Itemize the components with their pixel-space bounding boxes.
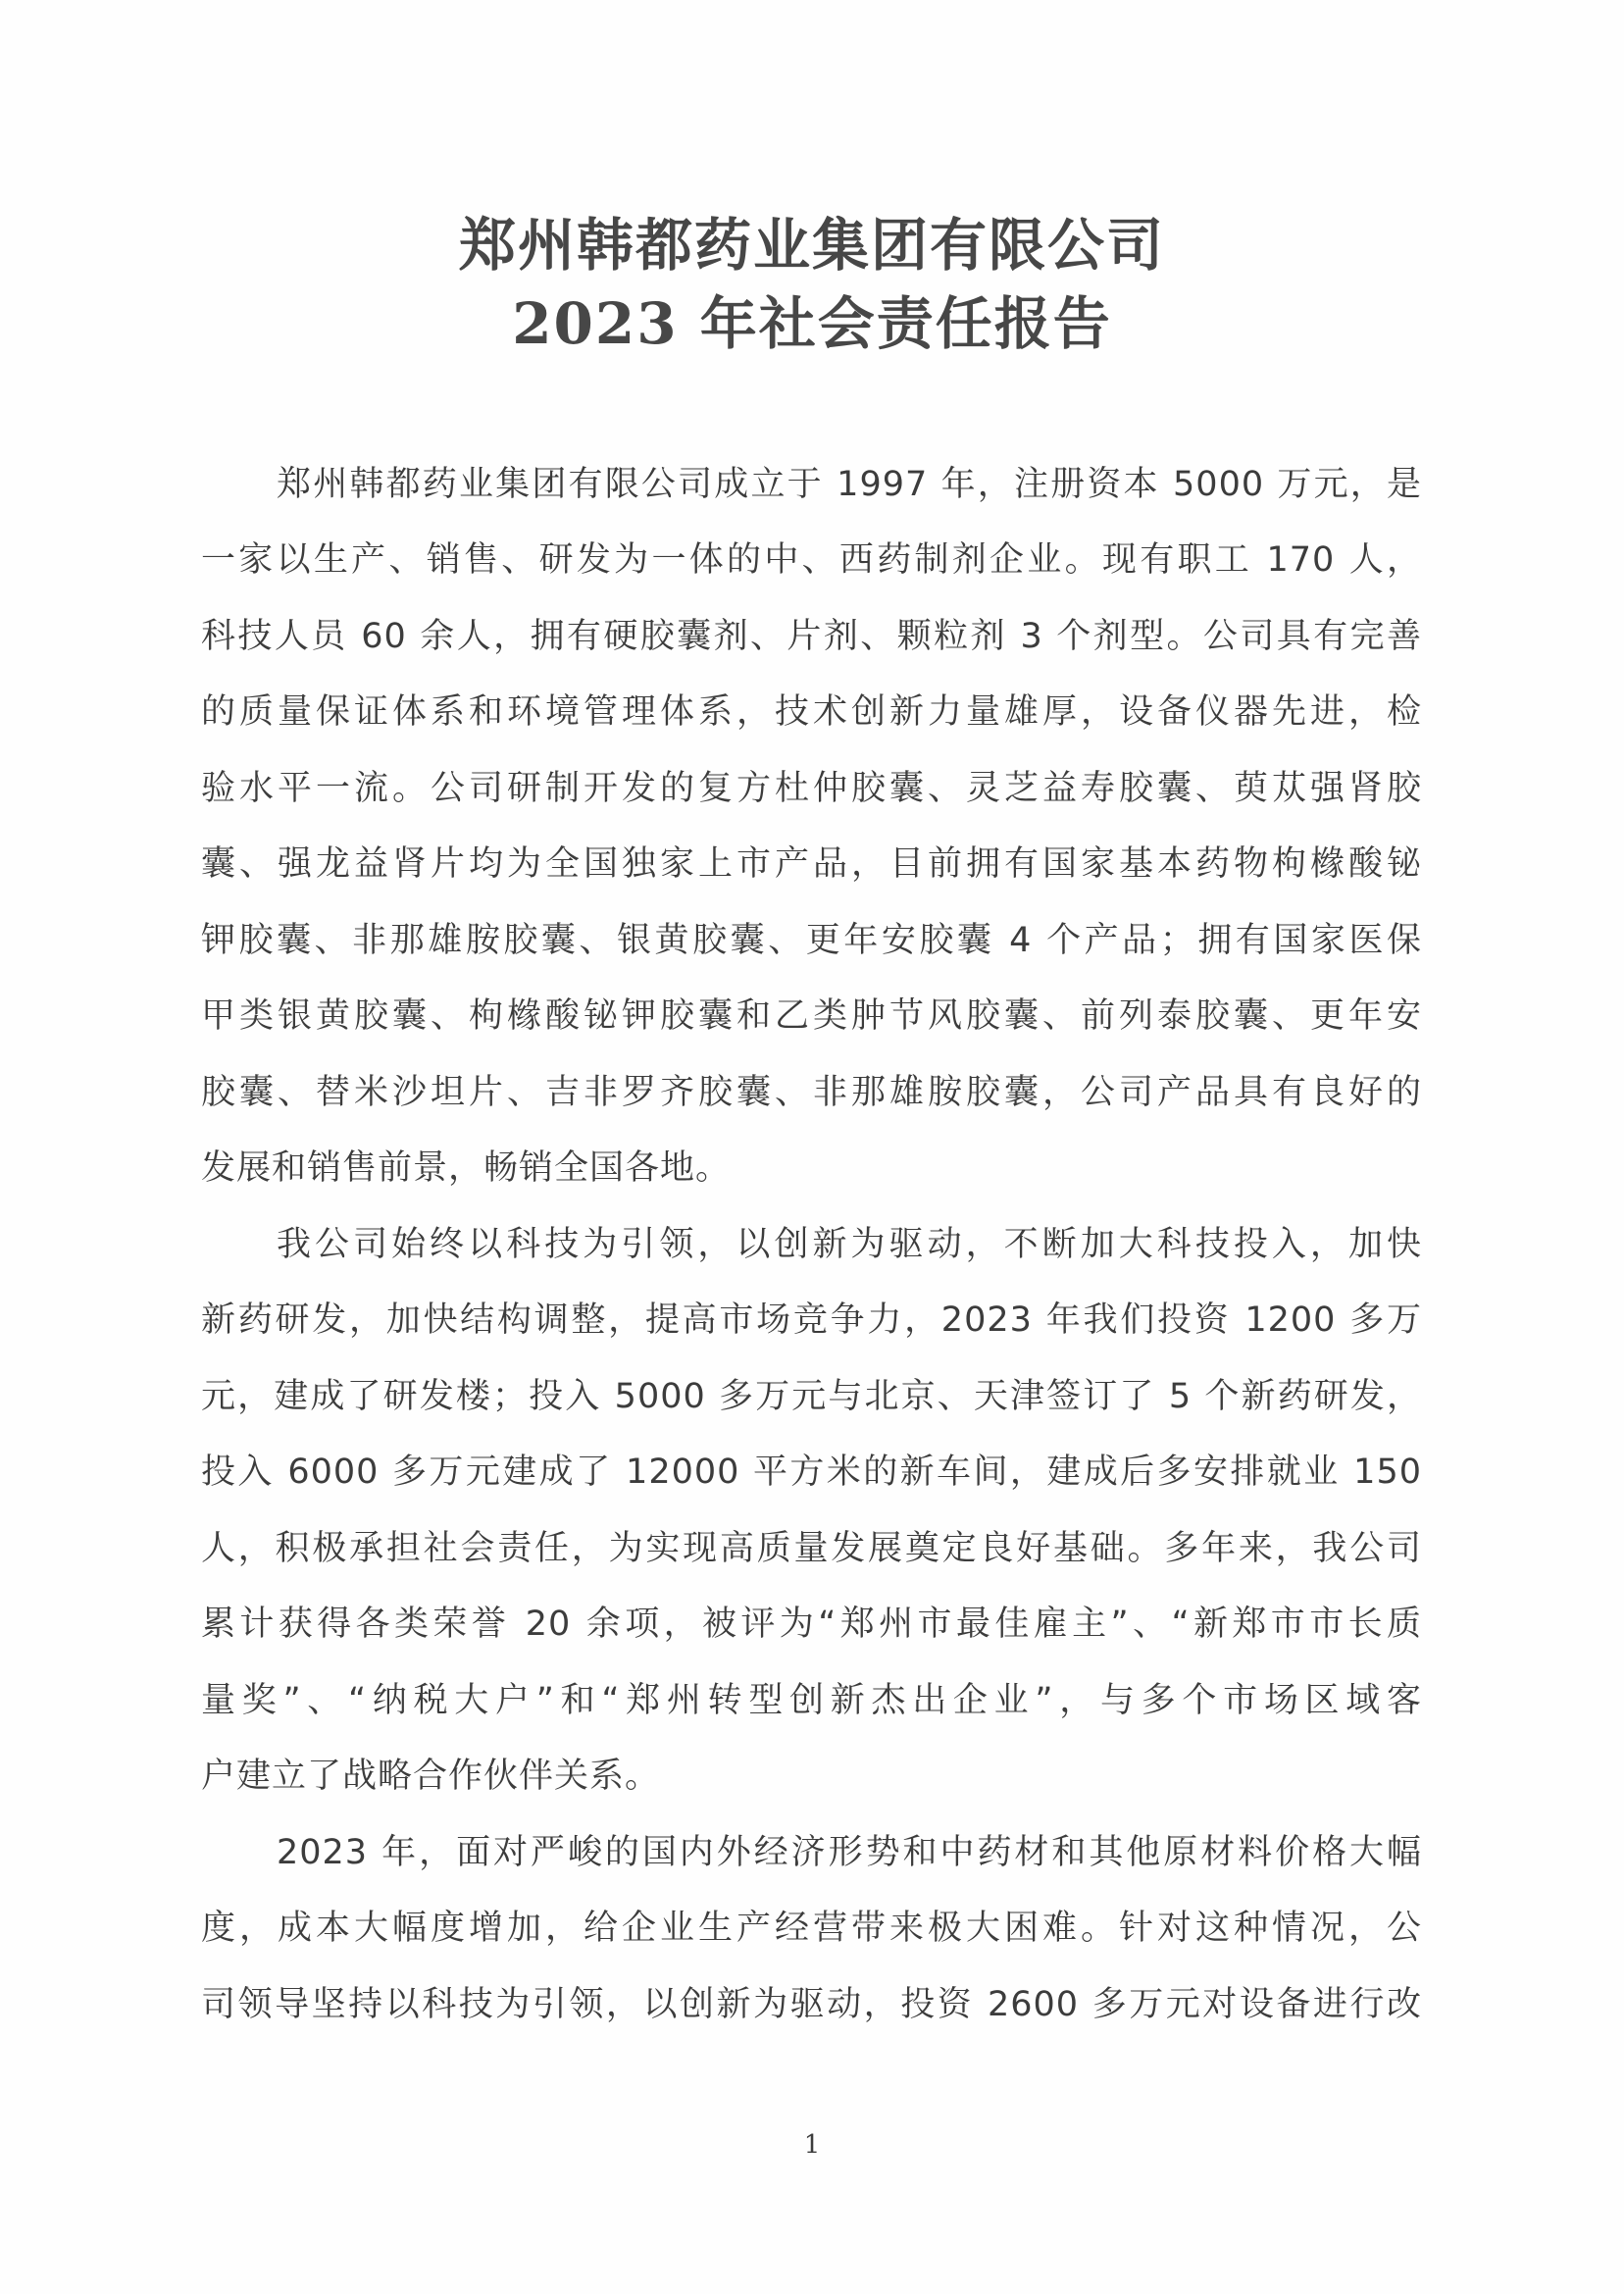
paragraph-1-line: 胶囊、替米沙坦片、吉非罗齐胶囊、非那雄胺胶囊，公司产品具有良好的	[201, 1073, 1422, 1112]
paragraph-2-line: 我公司始终以科技为引领，以创新为驱动，不断加大科技投入，加快	[277, 1225, 1422, 1264]
paragraph-2-line: 户建立了战略合作伙伴关系。	[201, 1757, 1422, 1796]
paragraph-1-line: 一家以生产、销售、研发为一体的中、西药制剂企业。现有职工 170 人，	[201, 540, 1422, 580]
paragraph-2-line: 人，积极承担社会责任，为实现高质量发展奠定良好基础。多年来，我公司	[201, 1529, 1422, 1568]
document-title-line-2: 2023 年社会责任报告	[0, 292, 1624, 355]
paragraph-1-line: 郑州韩都药业集团有限公司成立于 1997 年，注册资本 5000 万元，是	[277, 465, 1422, 504]
paragraph-3-line: 度，成本大幅度增加，给企业生产经营带来极大困难。针对这种情况，公	[201, 1909, 1422, 1948]
paragraph-1-line: 发展和销售前景，畅销全国各地。	[201, 1148, 1422, 1188]
paragraph-1-line: 验水平一流。公司研制开发的复方杜仲胶囊、灵芝益寿胶囊、萸苁强肾胶	[201, 769, 1422, 808]
paragraph-2-line: 累计获得各类荣誉 20 余项，被评为“郑州市最佳雇主”、“新郑市市长质	[201, 1605, 1422, 1644]
paragraph-1-line: 的质量保证体系和环境管理体系，技术创新力量雄厚，设备仪器先进，检	[201, 692, 1422, 732]
paragraph-1-line: 钾胶囊、非那雄胺胶囊、银黄胶囊、更年安胶囊 4 个产品；拥有国家医保	[201, 921, 1422, 960]
paragraph-3-line: 2023 年，面对严峻的国内外经济形势和中药材和其他原材料价格大幅	[277, 1833, 1422, 1872]
paragraph-2-line: 投入 6000 多万元建成了 12000 平方米的新车间，建成后多安排就业 15…	[201, 1453, 1422, 1492]
document-page: 郑州韩都药业集团有限公司 2023 年社会责任报告 郑州韩都药业集团有限公司成立…	[0, 0, 1624, 2294]
paragraph-2-line: 元，建成了研发楼；投入 5000 多万元与北京、天津签订了 5 个新药研发，	[201, 1377, 1422, 1416]
paragraph-2-line: 新药研发，加快结构调整，提高市场竞争力，2023 年我们投资 1200 多万	[201, 1300, 1422, 1340]
paragraph-1-line: 科技人员 60 余人，拥有硬胶囊剂、片剂、颗粒剂 3 个剂型。公司具有完善	[201, 617, 1422, 656]
paragraph-1-line: 甲类银黄胶囊、枸橼酸铋钾胶囊和乙类肿节风胶囊、前列泰胶囊、更年安	[201, 996, 1422, 1036]
paragraph-3-line: 司领导坚持以科技为引领，以创新为驱动，投资 2600 多万元对设备进行改	[201, 1985, 1422, 2024]
page-number: 1	[0, 2130, 1624, 2160]
document-title-line-1: 郑州韩都药业集团有限公司	[0, 214, 1624, 277]
paragraph-2-line: 量奖”、“纳税大户”和“郑州转型创新杰出企业”，与多个市场区域客	[201, 1681, 1422, 1720]
paragraph-1-line: 囊、强龙益肾片均为全国独家上市产品，目前拥有国家基本药物枸橼酸铋	[201, 844, 1422, 884]
